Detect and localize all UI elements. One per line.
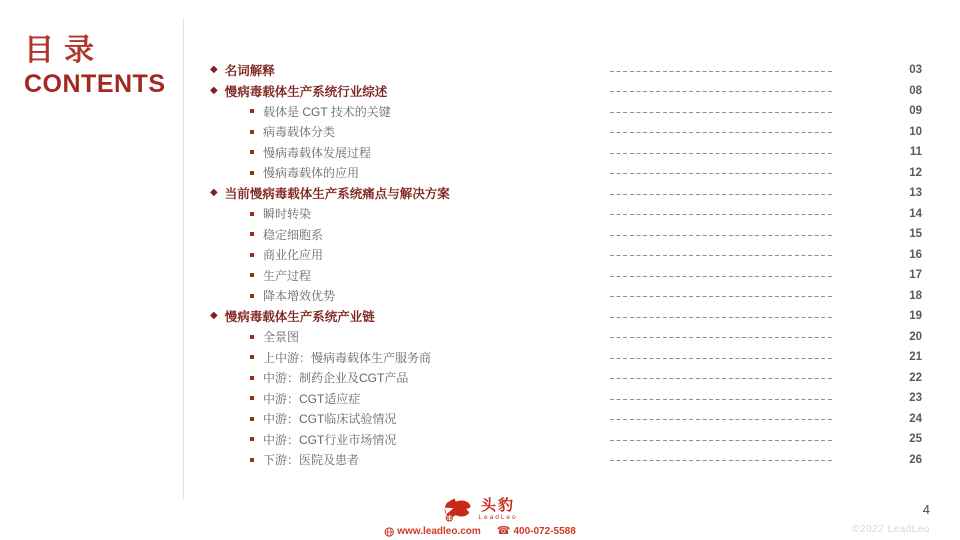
toc-entry-label: 慢病毒载体的应用 [263,164,359,181]
toc-entry-label: 降本增效优势 [263,287,335,304]
toc-entry: 慢病毒载体的应用 [210,164,610,181]
toc-title-block: 目录 CONTENTS [24,34,166,99]
globe-icon [384,527,394,537]
phone-number[interactable]: 400-072-5588 [513,526,575,537]
toc-entry: 当前慢病毒载体生产系统痛点与解决方案 [210,184,610,202]
dotted-leader [610,194,833,195]
toc-entry-page: 24 [833,413,922,425]
toc-entry-page: 10 [833,126,922,138]
toc-entry: 中游：CGT适应症 [210,390,610,407]
toc-entry-page: 14 [833,208,922,220]
toc-entry-label: 生产过程 [263,267,311,284]
toc-row[interactable]: 全景图20 [210,327,922,348]
toc-entry-label: 商业化应用 [263,246,323,263]
toc-entry: 生产过程 [210,267,610,284]
toc-entry-page: 13 [833,187,922,199]
brand-logo: 头豹 LeadLeo [384,497,576,523]
phone-item[interactable]: ☎ 400-072-5588 [497,526,576,537]
square-bullet-icon [250,294,254,298]
toc-row[interactable]: 慢病毒载体生产系统产业链19 [210,306,922,327]
dotted-leader [610,440,833,441]
toc-entry-label: 下游：医院及患者 [263,451,359,468]
toc-entry-label: 瞬时转染 [263,205,311,222]
toc-entry-page: 18 [833,290,922,302]
diamond-bullet-icon [210,86,218,96]
phone-icon: ☎ [497,526,511,537]
dotted-leader [610,378,833,379]
dotted-leader [610,153,833,154]
toc-row[interactable]: 降本增效优势18 [210,286,922,307]
toc-entry-page: 08 [833,85,922,97]
toc-entry-label: 稳定细胞系 [263,226,323,243]
square-bullet-icon [250,212,254,216]
toc-entry-page: 16 [833,249,922,261]
square-bullet-icon [250,417,254,421]
copyright-text: ©2022 LeadLeo [852,524,930,535]
toc-row[interactable]: 商业化应用16 [210,245,922,266]
toc-entry-page: 19 [833,310,922,322]
toc-entry: 病毒载体分类 [210,123,610,140]
square-bullet-icon [250,253,254,257]
diamond-bullet-icon [210,311,218,321]
toc-entry: 全景图 [210,328,610,345]
toc-entry-label: 慢病毒载体发展过程 [263,144,371,161]
toc-row[interactable]: 病毒载体分类10 [210,122,922,143]
square-bullet-icon [250,376,254,380]
page-title-cn: 目录 [24,34,166,67]
square-bullet-icon [250,232,254,236]
toc-entry-label: 慢病毒载体生产系统产业链 [225,307,375,325]
dotted-leader [610,235,833,236]
toc-entry-label: 上中游：慢病毒载体生产服务商 [263,349,431,366]
dotted-leader [610,276,833,277]
square-bullet-icon [250,335,254,339]
toc-entry-page: 09 [833,105,922,117]
toc-entry-label: 名词解释 [225,61,275,79]
dotted-leader [610,419,833,420]
page-number: 4 [923,502,930,517]
website-item[interactable]: www.leadleo.com [384,526,481,537]
toc-row[interactable]: 中游：CGT行业市场情况25 [210,429,922,450]
toc-entry-page: 26 [833,454,922,466]
toc-entry: 稳定细胞系 [210,226,610,243]
toc-entry-label: 病毒载体分类 [263,123,335,140]
square-bullet-icon [250,109,254,113]
square-bullet-icon [250,171,254,175]
toc-entry-label: 中游：CGT适应症 [263,390,360,407]
dotted-leader [610,214,833,215]
square-bullet-icon [250,355,254,359]
toc-row[interactable]: 当前慢病毒载体生产系统痛点与解决方案13 [210,183,922,204]
toc-entry: 上中游：慢病毒载体生产服务商 [210,349,610,366]
toc-entry-page: 03 [833,64,922,76]
toc-row[interactable]: 中游：CGT适应症23 [210,388,922,409]
website-link[interactable]: www.leadleo.com [397,526,481,537]
toc-entry-page: 12 [833,167,922,179]
dotted-leader [610,173,833,174]
diamond-bullet-icon [210,188,218,198]
leadleo-leopard-icon [442,497,472,523]
toc-entry: 载体是 CGT 技术的关键 [210,103,610,120]
page-title-en: CONTENTS [24,70,166,99]
toc-entry-page: 15 [833,228,922,240]
dotted-leader [610,255,833,256]
toc-entry: 慢病毒载体生产系统行业综述 [210,82,610,100]
toc-entry: 下游：医院及患者 [210,451,610,468]
toc-row[interactable]: 名词解释03 [210,60,922,81]
square-bullet-icon [250,458,254,462]
brand-name-en: LeadLeo [478,515,517,522]
toc-row[interactable]: 生产过程17 [210,265,922,286]
toc-entry: 慢病毒载体生产系统产业链 [210,307,610,325]
toc-row[interactable]: 载体是 CGT 技术的关键09 [210,101,922,122]
toc-entry: 商业化应用 [210,246,610,263]
toc-entry: 中游：CGT行业市场情况 [210,431,610,448]
square-bullet-icon [250,396,254,400]
toc-entry-label: 中游：CGT行业市场情况 [263,431,396,448]
toc-entry-page: 17 [833,269,922,281]
square-bullet-icon [250,150,254,154]
toc-entry-page: 23 [833,392,922,404]
toc-entry-page: 22 [833,372,922,384]
toc-row[interactable]: 中游：CGT临床试验情况24 [210,409,922,430]
toc-entry-label: 慢病毒载体生产系统行业综述 [225,82,388,100]
dotted-leader [610,399,833,400]
dotted-leader [610,71,833,72]
toc-entry: 中游：CGT临床试验情况 [210,410,610,427]
dotted-leader [610,112,833,113]
toc-entry-label: 中游：制药企业及CGT产品 [263,369,408,386]
dotted-leader [610,460,833,461]
toc-row[interactable]: 上中游：慢病毒载体生产服务商21 [210,347,922,368]
toc-entry-page: 20 [833,331,922,343]
square-bullet-icon [250,437,254,441]
toc-entry: 降本增效优势 [210,287,610,304]
dotted-leader [610,296,833,297]
toc-row[interactable]: 慢病毒载体的应用12 [210,163,922,184]
toc-entry-page: 25 [833,433,922,445]
toc-entry-page: 21 [833,351,922,363]
toc-entry: 名词解释 [210,61,610,79]
dotted-leader [610,317,833,318]
toc-entry-page: 11 [833,146,922,158]
toc-entry-label: 当前慢病毒载体生产系统痛点与解决方案 [225,184,450,202]
toc-entry-label: 全景图 [263,328,299,345]
toc-row[interactable]: 下游：医院及患者26 [210,450,922,471]
toc-row[interactable]: 瞬时转染14 [210,204,922,225]
toc-list: 名词解释03慢病毒载体生产系统行业综述08载体是 CGT 技术的关键09病毒载体… [210,60,922,470]
brand-name-cn: 头豹 [481,498,515,513]
diamond-bullet-icon [210,65,218,75]
dotted-leader [610,132,833,133]
square-bullet-icon [250,130,254,134]
toc-entry: 慢病毒载体发展过程 [210,144,610,161]
toc-row[interactable]: 稳定细胞系15 [210,224,922,245]
vertical-divider [183,18,184,500]
toc-entry-label: 中游：CGT临床试验情况 [263,410,396,427]
toc-row[interactable]: 中游：制药企业及CGT产品22 [210,368,922,389]
page-footer: 头豹 LeadLeo www.leadleo.com ☎ 400-072-558… [384,497,576,537]
brand-text: 头豹 LeadLeo [478,498,517,522]
toc-entry: 中游：制药企业及CGT产品 [210,369,610,386]
toc-entry-label: 载体是 CGT 技术的关键 [263,103,391,120]
contact-row: www.leadleo.com ☎ 400-072-5588 [384,526,576,537]
dotted-leader [610,337,833,338]
toc-row[interactable]: 慢病毒载体生产系统行业综述08 [210,81,922,102]
dotted-leader [610,358,833,359]
square-bullet-icon [250,273,254,277]
toc-entry: 瞬时转染 [210,205,610,222]
dotted-leader [610,91,833,92]
toc-row[interactable]: 慢病毒载体发展过程11 [210,142,922,163]
